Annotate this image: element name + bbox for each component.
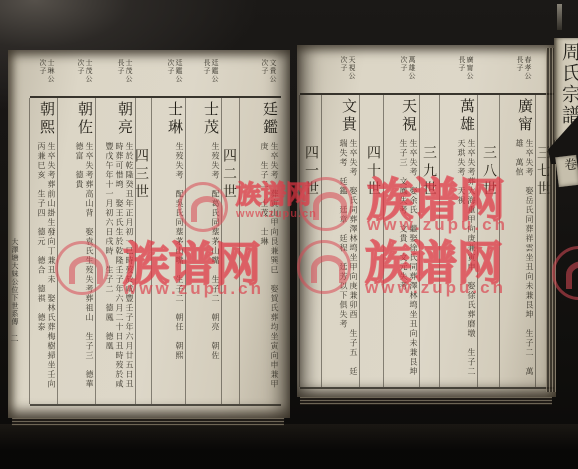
generation-label: 三九世 [419, 145, 438, 199]
genealogy-entry: 文貴 生卒失考 娶氏同葬澤林塆坐甲向庚兼卯酉 生子五 廷瑞失考 廷鑑 廷章 廷程… [321, 95, 360, 387]
person-name: 萬雄 [456, 98, 475, 134]
table-surface [0, 424, 578, 469]
parent-reference: 士茂公次子 [77, 59, 93, 95]
person-name: 朝佐 [74, 101, 93, 137]
person-name: 天視 [398, 98, 417, 134]
life-details: 生歿失考 配葛氏同塟茅山嘴 生子二 朝亮 朝佐 [210, 142, 220, 398]
parent-reference: 萬雄公次子 [400, 56, 416, 92]
life-details: 生於乾隆癸丑年正月初一巳時歿於咸豐壬子年六月廿五日丑時葬可惜塆 娶王氏生於乾隆壬… [104, 142, 134, 398]
book-title: 周氏宗譜 [557, 42, 578, 126]
generation-label: 四一世 [301, 145, 320, 199]
generation-marker: 三九世 [419, 95, 440, 387]
left-page: 大澤塘大妹公位下世系傳 二 文貴公次子 廷鑑公長子 廷鑑公次子 士茂公長子 士茂… [8, 50, 290, 418]
parent-reference: 廷鑑公次子 [167, 59, 183, 95]
right-body-grid: 三七世 廣甯 生卒失考 娶岳氏同葬祥雲坐丑向未兼艮坤 生子二 萬雄 萬倌 三八世… [300, 93, 554, 389]
parent-reference: 春孝公長子 [516, 56, 532, 92]
page-stack-edge [300, 397, 552, 405]
life-details: 生卒失考 娶余氏 繼娶徐氏同葬澤林塆坐丑向未兼艮坤 生子三 文鳳失考 文貴 文元… [398, 139, 418, 381]
life-details: 生卒失考 娶岳氏同葬祥雲坐丑向未兼艮坤 生子二 萬雄 萬倌 [514, 139, 534, 381]
generation-label: 四十世 [363, 145, 382, 199]
genealogy-entry: 士琳 生歿失考 配吳氏同塟茅山嘴 生子二 朝任 朝熙 [151, 98, 186, 404]
left-text-block: 文貴公次子 廷鑑公長子 廷鑑公次子 士茂公長子 士茂公次子 士琳公次子 廷鑑 生… [30, 56, 281, 406]
person-name: 士琳 [164, 101, 183, 137]
parent-reference: 士琳公次子 [39, 59, 55, 95]
life-details: 生卒失考 葬寅山甲向艮兼巽巳 娶賀氏葬均坐寅向申兼甲庚 生子二 士茂 士琳 [259, 142, 279, 398]
generation-label: 三八世 [479, 145, 498, 199]
person-name: 朝熙 [36, 101, 55, 137]
parent-reference: 文貴公次子 [261, 59, 277, 95]
parent-reference: 天視公次子 [340, 56, 356, 92]
person-name: 廣甯 [514, 98, 533, 134]
page-stack-edge [12, 418, 284, 426]
genealogy-entry: 天視 生卒失考 娶余氏 繼娶徐氏同葬澤林塆坐丑向未兼艮坤 生子三 文鳳失考 文貴… [383, 95, 420, 387]
genealogy-entry: 士茂 生歿失考 配葛氏同塟茅山嘴 生子二 朝亮 朝佐 [185, 98, 222, 404]
parent-reference: 士茂公長子 [117, 59, 133, 95]
genealogy-entry: 廷鑑 生卒失考 葬寅山甲向艮兼巽巳 娶賀氏葬均坐寅向申兼甲庚 生子二 士茂 士琳 [239, 98, 281, 404]
genealogy-entry: 萬雄 生卒失考葬大海重甲向庚兼寅申 娶徐氏葬磨墩 生子二 天珙失考 天視 [439, 95, 478, 387]
section-title: 大澤塘大妹公位下世系傳 [10, 238, 19, 326]
generation-marker: 四二世 [221, 98, 240, 404]
cover-highlight [557, 4, 562, 30]
volume-marker: 卷 [555, 155, 578, 187]
generation-marker: 四十世 [359, 95, 384, 387]
right-page: 春孝公長子 廣甯公長子 萬雄公次子 天視公次子 三七世 廣甯 生卒失考 娶岳氏同… [297, 45, 556, 397]
person-name: 文貴 [338, 98, 357, 134]
left-header-row: 文貴公次子 廷鑑公長子 廷鑑公次子 士茂公長子 士茂公次子 士琳公次子 [30, 56, 281, 96]
genealogy-book-scan: 大澤塘大妹公位下世系傳 二 文貴公次子 廷鑑公長子 廷鑑公次子 士茂公長子 士茂… [0, 0, 578, 469]
genealogy-entry: 朝亮 生於乾隆癸丑年正月初一巳時歿於咸豐壬子年六月廿五日丑時葬可惜塆 娶王氏生於… [95, 98, 136, 404]
genealogy-entry: 朝佐 生卒失考葬高山背 娶袁氏生歿失考葬祖山 生子三 德華 德富 德貴 [57, 98, 96, 404]
generation-marker: 三八世 [477, 95, 500, 387]
life-details: 生歿失考 配吳氏同塟茅山嘴 生子二 朝任 朝熙 [174, 142, 184, 398]
person-name: 士茂 [200, 101, 219, 137]
person-name: 朝亮 [114, 101, 133, 137]
right-text-block: 春孝公長子 廣甯公長子 萬雄公次子 天視公次子 三七世 廣甯 生卒失考 娶岳氏同… [300, 53, 554, 389]
parent-reference: 廣甯公長子 [458, 56, 474, 92]
life-details: 生卒失考葬大海重甲向庚兼寅申 娶徐氏葬磨墩 生子二 天珙失考 天視 [456, 139, 476, 381]
left-body-grid: 廷鑑 生卒失考 葬寅山甲向艮兼巽巳 娶賀氏葬均坐寅向申兼甲庚 生子二 士茂 士琳… [30, 96, 281, 406]
right-header-row: 春孝公長子 廣甯公長子 萬雄公次子 天視公次子 [300, 53, 554, 93]
person-name: 廷鑑 [259, 101, 278, 137]
parent-reference: 廷鑑公長子 [203, 59, 219, 95]
life-details: 生卒失考 娶氏同葬澤林塆坐甲向庚兼卯酉 生子五 廷瑞失考 廷鑑 廷章 廷程 廷芳… [338, 139, 358, 381]
genealogy-entry: 朝熙 生卒失考葬前山掛生發向丁兼丑未 娶林氏葬梅樹掃坐壬向丙兼巳亥 生子四 德元… [29, 98, 58, 404]
life-details: 生卒失考葬高山背 娶袁氏生歿失考葬祖山 生子三 德華 德富 德貴 [74, 142, 94, 398]
generation-marker: 四一世 [299, 95, 322, 387]
genealogy-entry: 廣甯 生卒失考 娶岳氏同葬祥雲坐丑向未兼艮坤 生子二 萬雄 萬倌 [499, 95, 536, 387]
generation-marker: 四三世 [135, 98, 152, 404]
life-details: 生卒失考葬前山掛生發向丁兼丑未 娶林氏葬梅樹掃坐壬向丙兼巳亥 生子四 德元 德合… [36, 142, 56, 398]
page-number: 二 [10, 334, 19, 343]
folio-edge-label: 大澤塘大妹公位下世系傳 二 [10, 238, 28, 343]
